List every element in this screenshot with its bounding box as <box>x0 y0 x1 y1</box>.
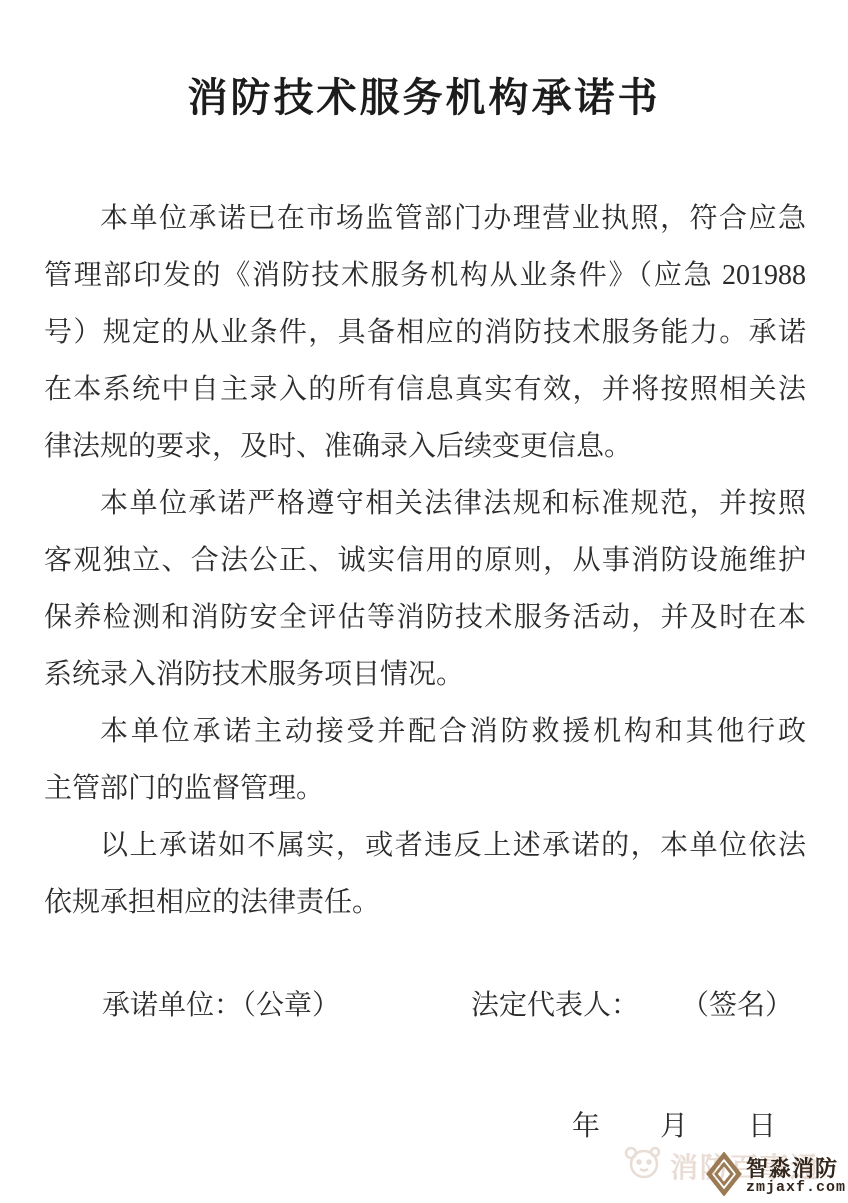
logo-site-text: zmjaxf.com <box>746 1180 846 1196</box>
paragraph: 本单位承诺严格遵守相关法律法规和标准规范，并按照客观独立、合法公正、诚实信用的原… <box>44 475 806 703</box>
text-line: 本单位承诺主动接受并配合消防救援机构和其他行政 <box>44 703 806 760</box>
site-logo-watermark: 智淼消防 zmjaxf.com <box>706 1152 846 1201</box>
document-body: 本单位承诺已在市场监管部门办理营业执照，符合应急管理部印发的《消防技术服务机构从… <box>44 190 806 931</box>
document-page: 消防技术服务机构承诺书 本单位承诺已在市场监管部门办理营业执照，符合应急管理部印… <box>0 0 848 1203</box>
mascot-face-icon <box>622 1144 664 1187</box>
text-line: 主管部门的监督管理。 <box>44 760 806 817</box>
document-title: 消防技术服务机构承诺书 <box>0 0 848 122</box>
paragraph: 本单位承诺已在市场监管部门办理营业执照，符合应急管理部印发的《消防技术服务机构从… <box>44 190 806 475</box>
text-line: 客观独立、合法公正、诚实信用的原则，从事消防设施维护 <box>44 532 806 589</box>
legal-representative-label: 法定代表人： <box>471 977 639 1034</box>
signature-row: 承诺单位：（公章） 法定代表人： （签名） <box>44 977 806 1034</box>
signature-unit-label: 承诺单位：（公章） <box>102 977 340 1034</box>
text-line: 在本系统中自主录入的所有信息真实有效，并将按照相关法 <box>44 361 806 418</box>
text-line: 本单位承诺已在市场监管部门办理营业执照，符合应急 <box>44 190 806 247</box>
paragraph: 本单位承诺主动接受并配合消防救援机构和其他行政主管部门的监督管理。 <box>44 703 806 817</box>
text-line: 律法规的要求，及时、准确录入后续变更信息。 <box>44 418 806 475</box>
text-line: 以上承诺如不属实，或者违反上述承诺的，本单位依法 <box>44 817 806 874</box>
text-line: 号）规定的从业条件，具备相应的消防技术服务能力。承诺 <box>44 304 806 361</box>
year-label: 年 <box>572 1098 600 1155</box>
text-line: 保养检测和消防安全评估等消防技术服务活动，并及时在本 <box>44 589 806 646</box>
paragraph: 以上承诺如不属实，或者违反上述承诺的，本单位依法依规承担相应的法律责任。 <box>44 817 806 931</box>
logo-text-column: 智淼消防 zmjaxf.com <box>746 1157 846 1196</box>
diamond-logo-icon <box>706 1152 742 1201</box>
text-line: 管理部印发的《消防技术服务机构从业条件》（应急 201988 <box>44 247 806 304</box>
text-line: 依规承担相应的法律责任。 <box>44 874 806 931</box>
logo-name-text: 智淼消防 <box>746 1157 846 1180</box>
signature-name-label: （签名） <box>681 977 793 1034</box>
text-line: 本单位承诺严格遵守相关法律法规和标准规范，并按照 <box>44 475 806 532</box>
text-line: 系统录入消防技术服务项目情况。 <box>44 646 806 703</box>
